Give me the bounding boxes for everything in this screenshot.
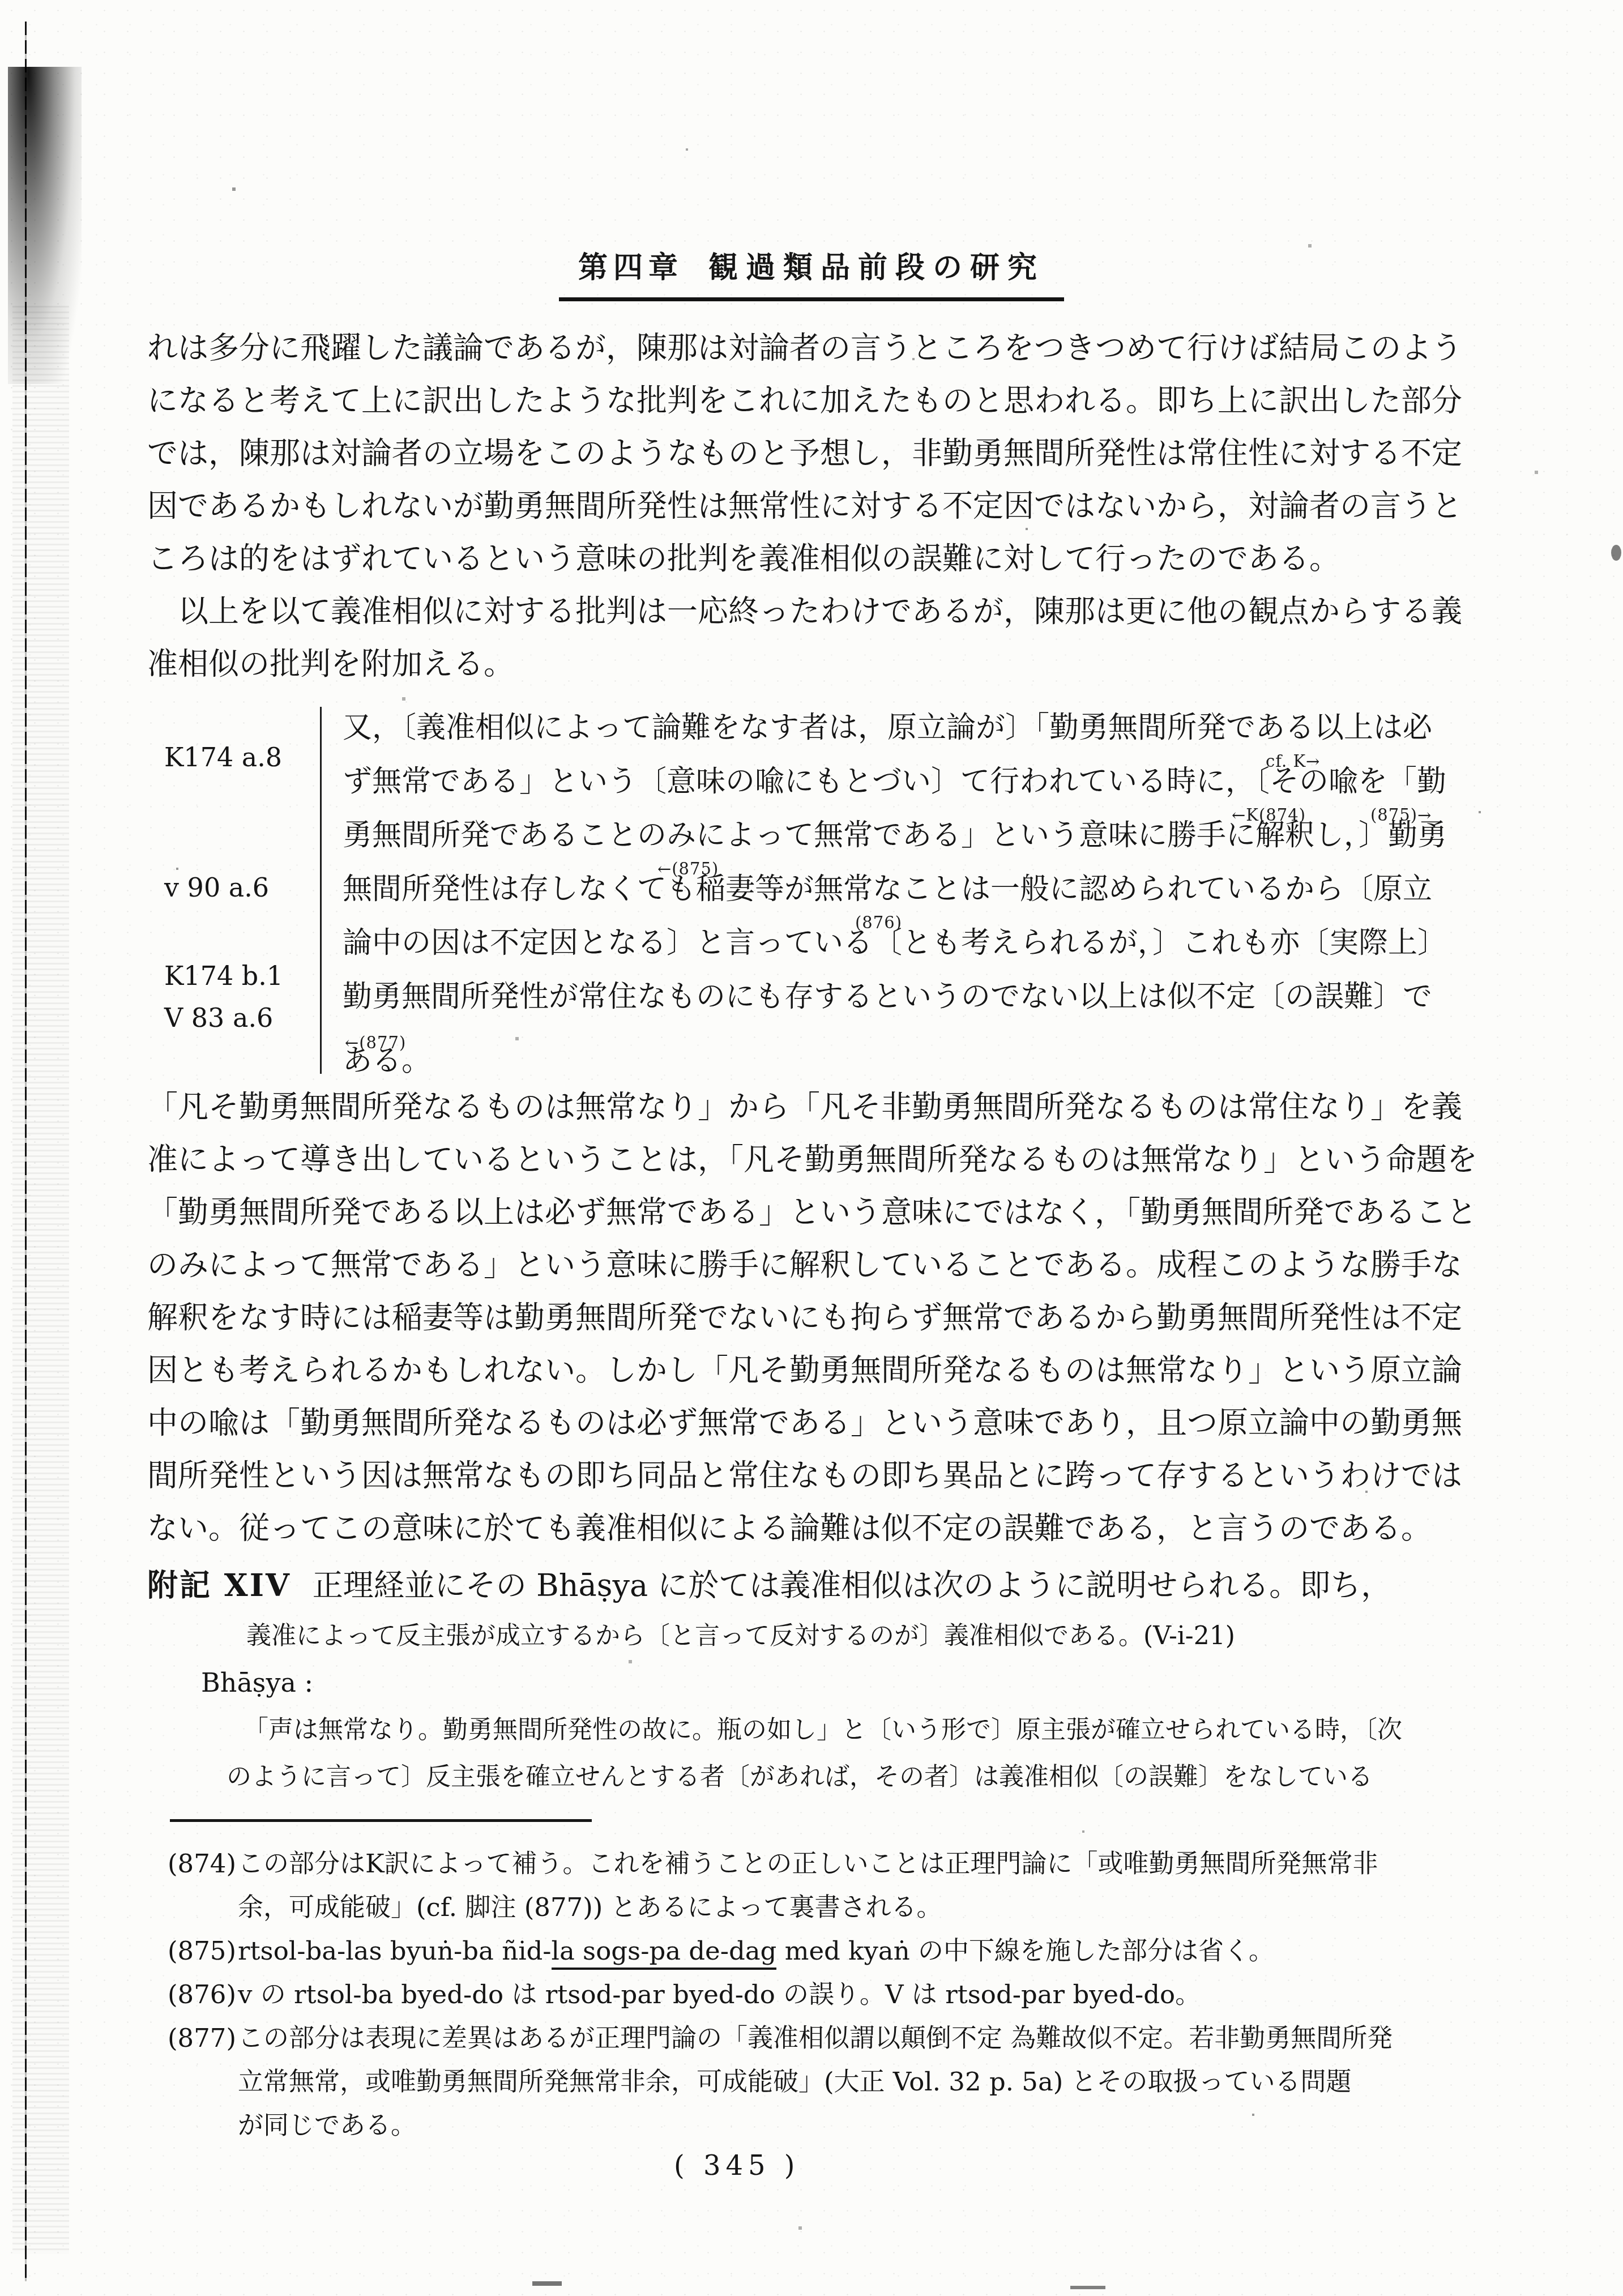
footnote-text: 立常無常，或唯勤勇無間所発無常非余，可成能破」(大正 Vol. 32 p. 5a…: [238, 2067, 1352, 2097]
paragraph-line: のみによって無常である」という意味に勝手に解釈していることである。成程このような…: [147, 1239, 1484, 1291]
scan-artifact-specks: [0, 0, 1, 1]
paragraph-line: 以上を以て義准相似に対する批判は一応終ったわけであるが，陳那は更に他の観点からす…: [147, 585, 1484, 638]
paragraph-line: 「凡そ勤勇無間所発なるものは無常なり」から「凡そ非勤勇無間所発なるものは常住なり…: [147, 1081, 1484, 1133]
footnote: (876)v の rtsol-ba byed-do は rtsod-par by…: [147, 1973, 1484, 2016]
footnote-number: (876): [168, 1973, 236, 2016]
quote-line: cf. K→ず無常である」という〔意味の喩にもとづい〕て行われている時に，〔その…: [343, 755, 1492, 809]
chapter-number: 第四章: [578, 250, 684, 285]
quote-line: ←(877)ある。: [343, 1034, 1492, 1088]
paragraph-line: では，陳那は対論者の立場をこのようなものと予想し，非勤勇無間所発性は常住性に対す…: [147, 427, 1484, 480]
paragraph-line: れは多分に飛躍した議論であるが，陳那は対論者の言うところをつきつめて行けば結局こ…: [147, 322, 1484, 374]
appendix-heading: 附記 XIV正理経並にその Bhāṣya に於ては義准相似は次のように説明せられ…: [147, 1559, 1484, 1612]
chapter-heading: 第四章観過類品前段の研究: [559, 244, 1064, 301]
footnote-text: med kyaṅ の中下線を施した部分は省く。: [776, 1936, 1274, 1966]
quote-margin-ref: v 90 a.6: [164, 872, 269, 903]
quote-line: ←(875)無間所発性は存しなくても稲妻等が無常なことは一般に認められているから…: [343, 863, 1492, 916]
quote-rule: [320, 707, 322, 1074]
appendix-note: 附記 XIV正理経並にその Bhāṣya に於ては義准相似は次のように説明せられ…: [147, 1559, 1484, 1800]
footnote-text: が同じである。: [238, 2110, 416, 2140]
quote-line: (876)論中の因は不定因となる〕と言っている〔とも考えられるが，〕これも亦〔実…: [343, 916, 1492, 970]
quote-line-text: 勤勇無間所発性が常住なものにも存するというのでない以上は似不定〔の誤難〕で: [343, 980, 1432, 1014]
paragraph-line: 因であるかもしれないが勤勇無間所発性は無常性に対する不定因ではないから，対論者の…: [147, 480, 1484, 532]
footnote-underlined-text: la sogs-pa de-dag: [552, 1936, 777, 1970]
appendix-sutra-line: 義准によって反主張が成立するから〔と言って反対するのが〕義准相似である。(V-i…: [147, 1612, 1484, 1659]
paragraph: 「凡そ勤勇無間所発なるものは無常なり」から「凡そ非勤勇無間所発なるものは常住なり…: [147, 1081, 1484, 1555]
scanned-page: 第四章観過類品前段の研究 れは多分に飛躍した議論であるが，陳那は対論者の言うとこ…: [0, 0, 1623, 2296]
scan-artifact-bottom-mark: [1070, 2286, 1105, 2289]
quote-text: 又，〔義准相似によって論難をなす者は，原立論が〕「勤勇無間所発である以上は必 c…: [343, 701, 1492, 1088]
bhasya-line: のように言って〕反主張を確立せんとする者〔があれば，その者〕は義准相似〔の誤難〕…: [147, 1753, 1484, 1800]
page-number: ( 345 ): [674, 2150, 800, 2182]
superscript-ref: ←(877): [345, 1016, 406, 1070]
running-head: 第四章観過類品前段の研究: [0, 244, 1623, 301]
quote-margin-ref: K174 a.8: [164, 742, 282, 773]
paragraph-line: 中の喩は「勤勇無間所発なるものは必ず無常である」という意味であり，且つ原立論中の…: [147, 1397, 1484, 1449]
superscript-ref: ←(875): [657, 842, 719, 896]
paragraph-line: になると考えて上に訳出したような批判をこれに加えたものと思われる。即ち上に訳出し…: [147, 374, 1484, 427]
quote-line: ←K(874)(875)→勇無間所発であることのみによって無常である」という意味…: [343, 809, 1492, 863]
footnote-separator: [170, 1819, 592, 1822]
footnote-number: (877): [168, 2016, 236, 2060]
scan-artifact-bottom-mark: [532, 2281, 562, 2286]
footnote-continuation: が同じである。: [147, 2103, 1484, 2147]
bhasya-label: Bhāṣya :: [147, 1659, 1484, 1706]
footnote-text: rtsol-ba-las byuṅ-ba ñid-: [238, 1936, 552, 1966]
quote-margin-ref: K174 b.1: [164, 961, 283, 991]
paragraph-line: 准によって導き出しているということは，「凡そ勤勇無間所発なるものは無常なり」とい…: [147, 1133, 1484, 1186]
footnote-text: この部分はK訳によって補う。これを補うことの正しいことは正理門論に「或唯勤勇無間…: [238, 1849, 1378, 1879]
footnote-continuation: 立常無常，或唯勤勇無間所発無常非余，可成能破」(大正 Vol. 32 p. 5a…: [147, 2060, 1484, 2103]
footnote-continuation: 余，可成能破」(cf. 脚注 (877)) とあるによって裏書される。: [147, 1885, 1484, 1929]
superscript-ref: (876): [855, 896, 902, 950]
quote-block: K174 a.8 v 90 a.6 K174 b.1 V 83 a.6 又，〔義…: [147, 701, 1484, 1098]
paragraph-line: 「勤勇無間所発である以上は必ず無常である」という意味にではなく，「勤勇無間所発で…: [147, 1186, 1484, 1239]
paragraph-line: 間所発性という因は無常なもの即ち同品と常住なもの即ち異品とに跨って存するというわ…: [147, 1449, 1484, 1502]
appendix-intro: 正理経並にその Bhāṣya に於ては義准相似は次のように説明せられる。即ち，: [313, 1568, 1391, 1603]
bhasya-line: 「声は無常なり。勤勇無間所発性の故に。瓶の如し」と〔いう形で〕原主張が確立せられ…: [147, 1706, 1484, 1753]
footnotes-section: (874)この部分はK訳によって補う。これを補うことの正しいことは正理門論に「或…: [147, 1842, 1484, 2147]
paragraph-line: 准相似の批判を附加える。: [147, 638, 1484, 690]
footnote-number: (874): [168, 1842, 236, 1885]
scan-artifact-left-band: [12, 306, 69, 2254]
footnote: (874)この部分はK訳によって補う。これを補うことの正しいことは正理門論に「或…: [147, 1842, 1484, 1885]
superscript-ref: cf. K→: [1266, 735, 1320, 788]
paragraph: れは多分に飛躍した議論であるが，陳那は対論者の言うところをつきつめて行けば結局こ…: [147, 322, 1484, 690]
appendix-label: 附記 XIV: [147, 1567, 291, 1603]
quote-line: 勤勇無間所発性が常住なものにも存するというのでない以上は似不定〔の誤難〕で: [343, 970, 1492, 1024]
scan-artifact-right-mark: [1611, 545, 1621, 561]
footnote-text: v の rtsol-ba byed-do は rtsod-par byed-do…: [238, 1979, 1201, 2009]
paragraph-line: 解釈をなす時には稲妻等は勤勇無間所発でないにも拘らず無常であるから勤勇無間所発性…: [147, 1291, 1484, 1344]
footnote-number: (875): [168, 1929, 236, 1973]
footnote: (875)rtsol-ba-las byuṅ-ba ñid-la sogs-pa…: [147, 1929, 1484, 1973]
superscript-ref: ←K(874): [1232, 788, 1306, 842]
superscript-ref: (875)→: [1370, 788, 1432, 842]
quote-margin-ref: V 83 a.6: [164, 1002, 273, 1033]
footnote: (877)この部分は表現に差異はあるが正理門論の「義准相似謂以顛倒不定 為難故似…: [147, 2016, 1484, 2060]
footnote-text: 余，可成能破」(cf. 脚注 (877)) とあるによって裏書される。: [238, 1892, 942, 1922]
paragraph-line: ころは的をはずれているという意味の批判を義准相似の誤難に対して行ったのである。: [147, 532, 1484, 585]
chapter-title: 観過類品前段の研究: [708, 250, 1045, 285]
paragraph-line: 因とも考えられるかもしれない。しかし「凡そ勤勇無間所発なるものは無常なり」という…: [147, 1344, 1484, 1397]
footnote-text: この部分は表現に差異はあるが正理門論の「義准相似謂以顛倒不定 為難故似不定。若非…: [238, 2023, 1393, 2053]
paragraph-line: ない。従ってこの意味に於ても義准相似による論難は似不定の誤難である，と言うのであ…: [147, 1502, 1484, 1555]
